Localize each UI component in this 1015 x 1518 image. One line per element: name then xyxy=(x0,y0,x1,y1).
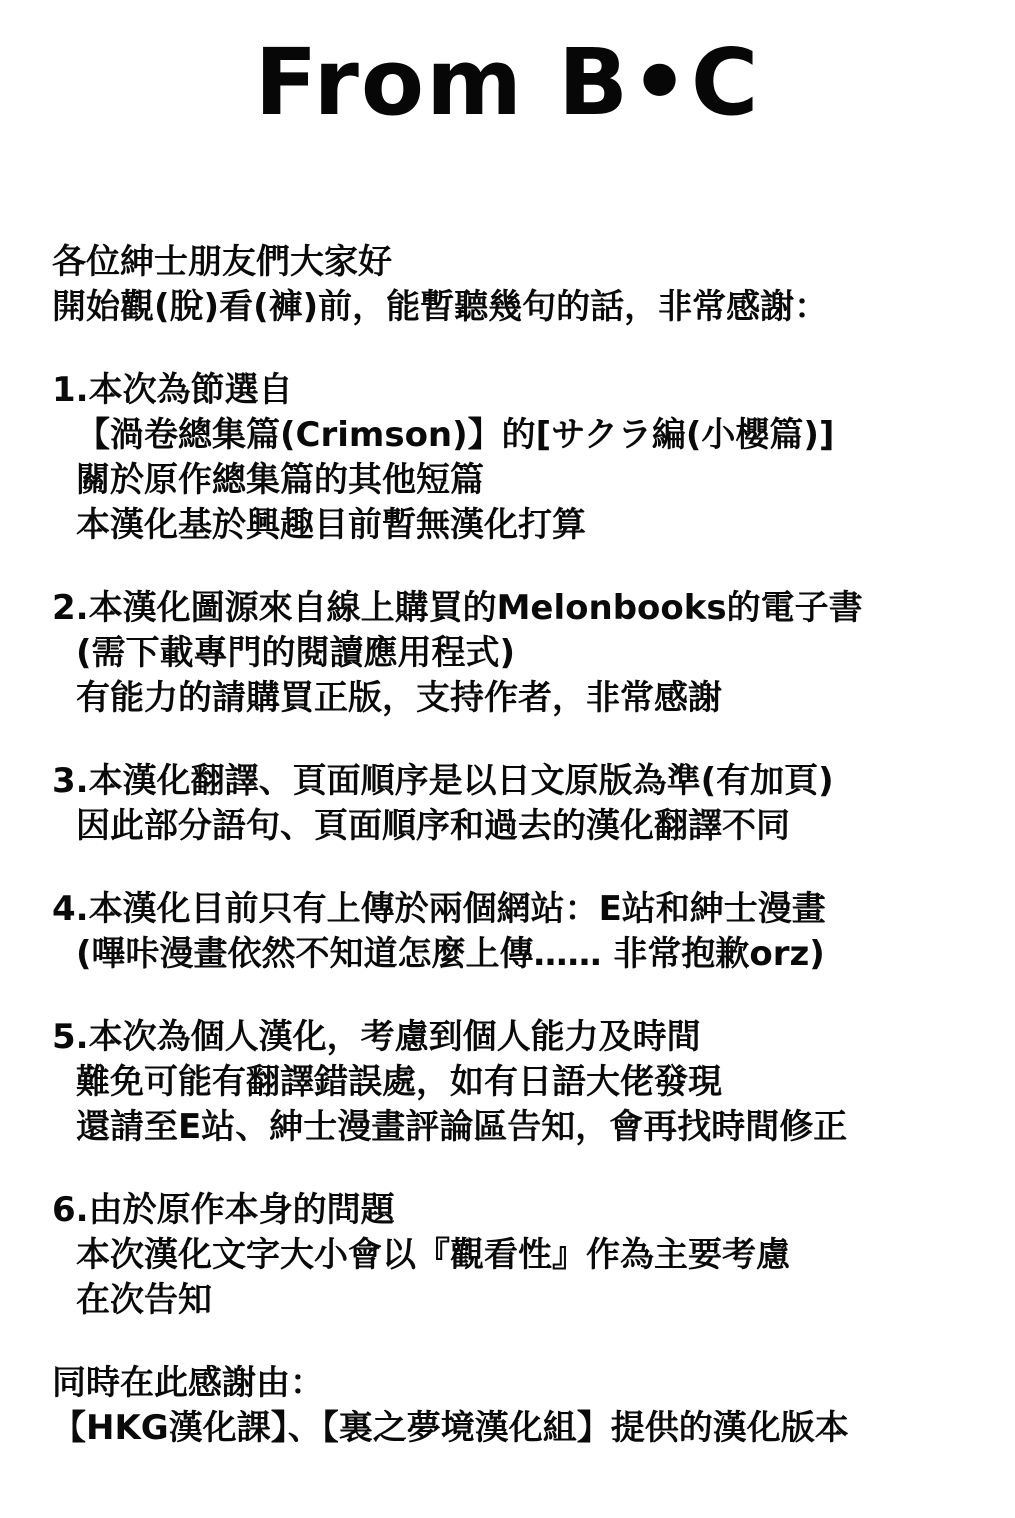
closing-line-1: 同時在此感謝由： xyxy=(52,1361,985,1406)
page-title: From B•C xyxy=(0,30,1015,136)
note-1-line-4: 本漢化基於興趣目前暫無漢化打算 xyxy=(52,503,985,548)
translator-notes-page: From B•C 各位紳士朋友們大家好 開始觀(脫)看(褲)前，能暫聽幾句的話，… xyxy=(0,0,1015,1518)
note-2-line-2: (需下載專門的閱讀應用程式) xyxy=(52,631,985,676)
note-3-line-2: 因此部分語句、頁面順序和過去的漢化翻譯不同 xyxy=(52,804,985,849)
note-1-line-1: 1.本次為節選自 xyxy=(52,368,985,413)
note-6-line-1: 6.由於原作本身的問題 xyxy=(52,1188,985,1233)
note-2: 2.本漢化圖源來自線上購買的Melonbooks的電子書 (需下載專門的閱讀應用… xyxy=(52,586,985,721)
note-2-line-3: 有能力的請購買正版，支持作者，非常感謝 xyxy=(52,676,985,721)
note-2-number: 2. xyxy=(52,588,89,628)
note-6: 6.由於原作本身的問題 本次漢化文字大小會以『觀看性』作為主要考慮 在次告知 xyxy=(52,1188,985,1323)
note-1: 1.本次為節選自 【渦卷總集篇(Crimson)】的[サクラ編(小櫻篇)] 關於… xyxy=(52,368,985,548)
note-5: 5.本次為個人漢化，考慮到個人能力及時間 難免可能有翻譯錯誤處，如有日語大佬發現… xyxy=(52,1015,985,1150)
note-1-text: 本次為節選自 xyxy=(89,370,293,410)
note-1-line-2: 【渦卷總集篇(Crimson)】的[サクラ編(小櫻篇)] xyxy=(52,413,985,458)
note-4-number: 4. xyxy=(52,889,89,929)
note-5-line-2: 難免可能有翻譯錯誤處，如有日語大佬發現 xyxy=(52,1060,985,1105)
note-4-line-1: 4.本漢化目前只有上傳於兩個網站：E站和紳士漫畫 xyxy=(52,887,985,932)
note-3-text: 本漢化翻譯、頁面順序是以日文原版為準(有加頁) xyxy=(89,761,834,801)
note-5-line-1: 5.本次為個人漢化，考慮到個人能力及時間 xyxy=(52,1015,985,1060)
closing-line-2: 【HKG漢化課】、【裏之夢境漢化組】提供的漢化版本 xyxy=(52,1406,985,1451)
note-1-number: 1. xyxy=(52,370,89,410)
note-6-line-2: 本次漢化文字大小會以『觀看性』作為主要考慮 xyxy=(52,1233,985,1278)
note-2-text: 本漢化圖源來自線上購買的Melonbooks的電子書 xyxy=(89,588,863,628)
note-5-number: 5. xyxy=(52,1017,89,1057)
note-6-text: 由於原作本身的問題 xyxy=(89,1190,395,1230)
greeting-line-1: 各位紳士朋友們大家好 xyxy=(52,240,985,285)
page-body: 各位紳士朋友們大家好 開始觀(脫)看(褲)前，能暫聽幾句的話，非常感謝： 1.本… xyxy=(0,240,1015,1451)
note-6-line-3: 在次告知 xyxy=(52,1278,985,1323)
greeting-line-2: 開始觀(脫)看(褲)前，能暫聽幾句的話，非常感謝： xyxy=(52,285,985,330)
closing-paragraph: 同時在此感謝由： 【HKG漢化課】、【裏之夢境漢化組】提供的漢化版本 xyxy=(52,1361,985,1451)
note-3-line-1: 3.本漢化翻譯、頁面順序是以日文原版為準(有加頁) xyxy=(52,759,985,804)
greeting-paragraph: 各位紳士朋友們大家好 開始觀(脫)看(褲)前，能暫聽幾句的話，非常感謝： xyxy=(52,240,985,330)
note-4-text: 本漢化目前只有上傳於兩個網站：E站和紳士漫畫 xyxy=(89,889,826,929)
note-6-number: 6. xyxy=(52,1190,89,1230)
note-3: 3.本漢化翻譯、頁面順序是以日文原版為準(有加頁) 因此部分語句、頁面順序和過去… xyxy=(52,759,985,849)
note-3-number: 3. xyxy=(52,761,89,801)
note-4-line-2: (嗶咔漫畫依然不知道怎麼上傳…… 非常抱歉orz) xyxy=(52,932,985,977)
note-1-line-3: 關於原作總集篇的其他短篇 xyxy=(52,458,985,503)
note-5-line-3: 還請至E站、紳士漫畫評論區告知，會再找時間修正 xyxy=(52,1105,985,1150)
note-5-text: 本次為個人漢化，考慮到個人能力及時間 xyxy=(89,1017,701,1057)
note-4: 4.本漢化目前只有上傳於兩個網站：E站和紳士漫畫 (嗶咔漫畫依然不知道怎麼上傳…… xyxy=(52,887,985,977)
note-2-line-1: 2.本漢化圖源來自線上購買的Melonbooks的電子書 xyxy=(52,586,985,631)
